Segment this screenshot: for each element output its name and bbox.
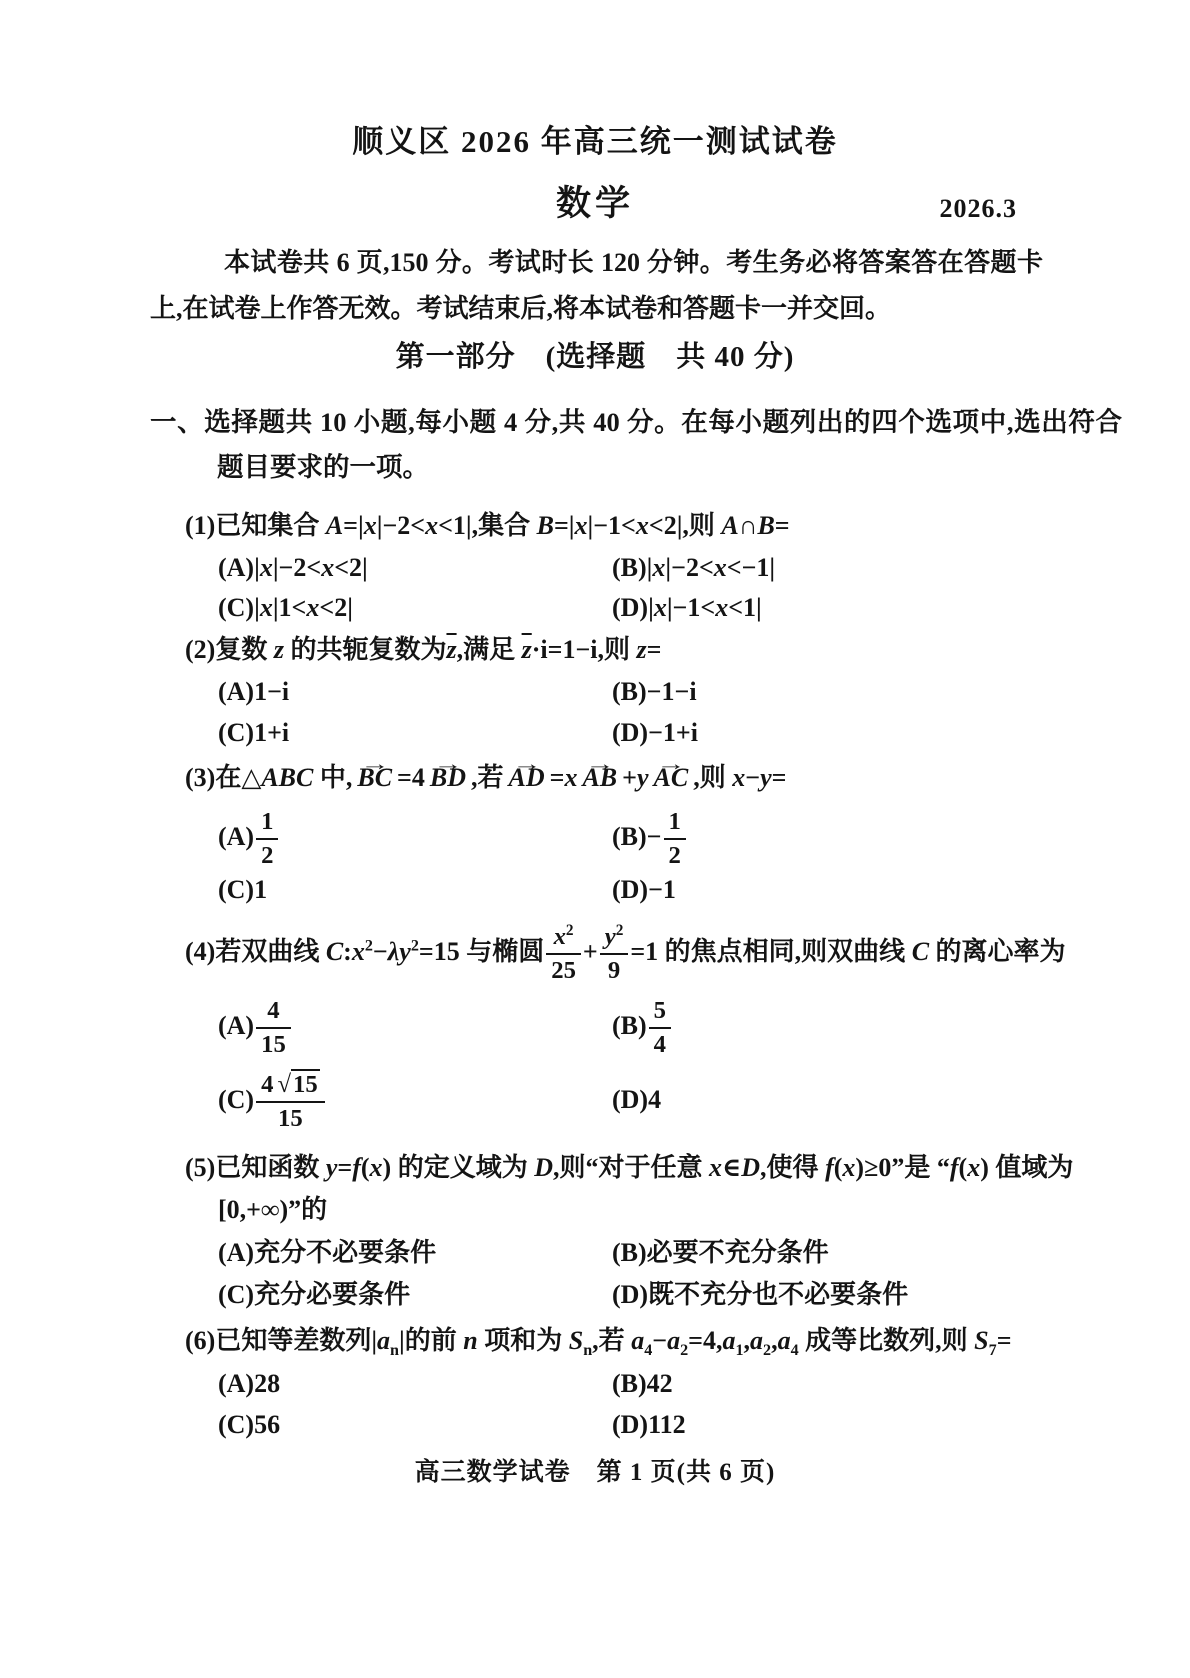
question-1: (1)已知集合 A=|x|−2<x<1|,集合 B=|x|−1<x<2|,则 A… bbox=[185, 506, 1050, 626]
question-stem: (3)在△ABC 中,BC=4BD,若AD=xAB+yAC,则 x−y= bbox=[185, 752, 1050, 804]
option-label: (C) bbox=[218, 875, 254, 904]
option-label: (D) bbox=[612, 1280, 648, 1309]
option-content: 充分必要条件 bbox=[254, 1280, 410, 1309]
question-4: (4)若双曲线 C:x2−λy2=15 与椭圆x225+y29=1 的焦点相同,… bbox=[185, 916, 1050, 1136]
option-label: (B) bbox=[612, 553, 647, 582]
option-row: (C)56(D)112 bbox=[185, 1402, 1050, 1444]
option-content: 12 bbox=[254, 822, 280, 851]
option-b: (B)54 bbox=[612, 990, 673, 1062]
option-label: (D) bbox=[612, 875, 648, 904]
option-label: (D) bbox=[612, 1410, 648, 1439]
option-label: (D) bbox=[612, 593, 648, 622]
option-label: (C) bbox=[218, 1280, 254, 1309]
option-d: (D)|x|−1<x<1| bbox=[612, 588, 762, 628]
option-content: 必要不充分条件 bbox=[647, 1238, 829, 1267]
option-row: (C)4√1515(D)4 bbox=[185, 1060, 1050, 1136]
option-content: 充分不必要条件 bbox=[254, 1238, 436, 1267]
option-content: 415 bbox=[254, 1011, 293, 1040]
question-stem: (2)复数 z 的共轭复数为z,满足 z·i=1−i,则 z= bbox=[185, 630, 1050, 670]
option-label: (A) bbox=[218, 677, 254, 706]
option-content: 1 bbox=[254, 875, 267, 904]
option-content: 既不充分也不必要条件 bbox=[648, 1280, 908, 1309]
option-content: −1−i bbox=[647, 677, 697, 706]
option-row: (A)12(B)−12 bbox=[185, 804, 1050, 866]
option-b: (B)|x|−2<x<−1| bbox=[612, 548, 775, 588]
option-d: (D)112 bbox=[612, 1404, 686, 1446]
question-5: (5)已知函数 y=f(x) 的定义域为 D,则“对于任意 x∈D,使得 f(x… bbox=[185, 1146, 1050, 1314]
option-label: (C) bbox=[218, 1085, 254, 1114]
option-a: (A)充分不必要条件 bbox=[218, 1232, 612, 1274]
option-a: (A)|x|−2<x<2| bbox=[218, 548, 612, 588]
section-instruction: 一、选择题共 10 小题,每小题 4 分,共 40 分。在每小题列出的四个选项中… bbox=[150, 400, 1122, 490]
question-stem: (6)已知等差数列|an|的前 n 项和为 Sn,若 a4−a2=4,a1,a2… bbox=[185, 1320, 1050, 1362]
option-row: (C)充分必要条件(D)既不充分也不必要条件 bbox=[185, 1272, 1050, 1314]
question-2: (2)复数 z 的共轭复数为z,满足 z·i=1−i,则 z= (A)1−i(B… bbox=[185, 630, 1050, 752]
option-label: (A) bbox=[218, 1011, 254, 1040]
option-a: (A)12 bbox=[218, 806, 612, 869]
option-d: (D)4 bbox=[612, 1062, 661, 1138]
option-a: (A)415 bbox=[218, 990, 612, 1062]
option-b: (B)−12 bbox=[612, 806, 688, 869]
question-3: (3)在△ABC 中,BC=4BD,若AD=xAB+yAC,则 x−y= (A)… bbox=[185, 752, 1050, 910]
option-content: 4 bbox=[648, 1085, 661, 1114]
page-footer: 高三数学试卷 第 1 页(共 6 页) bbox=[0, 1452, 1190, 1488]
option-content: 54 bbox=[647, 1011, 673, 1040]
option-label: (A) bbox=[218, 1238, 254, 1267]
option-content: 56 bbox=[254, 1410, 280, 1439]
option-label: (B) bbox=[612, 1369, 647, 1398]
option-row: (C)1+i(D)−1+i bbox=[185, 710, 1050, 752]
option-a: (A)28 bbox=[218, 1364, 612, 1404]
option-label: (B) bbox=[612, 1238, 647, 1267]
option-b: (B)42 bbox=[612, 1364, 673, 1404]
section-title: 第一部分 (选择题 共 40 分) bbox=[0, 334, 1190, 375]
option-content: 112 bbox=[648, 1410, 686, 1439]
option-a: (A)1−i bbox=[218, 672, 612, 712]
option-content: |x|−1<x<1| bbox=[648, 593, 762, 622]
option-b: (B)−1−i bbox=[612, 672, 697, 712]
option-b: (B)必要不充分条件 bbox=[612, 1232, 829, 1274]
option-content: 1−i bbox=[254, 677, 289, 706]
option-label: (C) bbox=[218, 1410, 254, 1439]
exam-instructions: 本试卷共 6 页,150 分。考试时长 120 分钟。考生务必将答案答在答题卡上… bbox=[150, 240, 1043, 332]
option-d: (D)既不充分也不必要条件 bbox=[612, 1274, 908, 1316]
option-label: (B) bbox=[612, 677, 647, 706]
option-c: (C)56 bbox=[218, 1404, 612, 1446]
option-label: (D) bbox=[612, 718, 648, 747]
option-label: (A) bbox=[218, 553, 254, 582]
option-content: |x|−2<x<−1| bbox=[647, 553, 775, 582]
option-label: (C) bbox=[218, 718, 254, 747]
option-content: 4√1515 bbox=[254, 1085, 327, 1114]
option-content: 42 bbox=[647, 1369, 673, 1398]
option-d: (D)−1 bbox=[612, 868, 676, 912]
exam-date: 2026.3 bbox=[940, 194, 1018, 224]
option-c: (C)4√1515 bbox=[218, 1062, 612, 1138]
option-label: (A) bbox=[218, 822, 254, 851]
question-stem: (4)若双曲线 C:x2−λy2=15 与椭圆x225+y29=1 的焦点相同,… bbox=[185, 916, 1050, 988]
option-content: 1+i bbox=[254, 718, 289, 747]
option-content: 28 bbox=[254, 1369, 280, 1398]
option-row: (C)|x|1<x<2|(D)|x|−1<x<1| bbox=[185, 586, 1050, 626]
option-row: (C)1(D)−1 bbox=[185, 866, 1050, 910]
option-c: (C)1+i bbox=[218, 712, 612, 754]
option-label: (A) bbox=[218, 1369, 254, 1398]
exam-paper-page: 顺义区 2026 年高三统一测试试卷 数学 2026.3 本试卷共 6 页,15… bbox=[0, 0, 1190, 1678]
option-row: (A)1−i(B)−1−i bbox=[185, 670, 1050, 710]
option-label: (D) bbox=[612, 1085, 648, 1114]
option-content: |x|1<x<2| bbox=[254, 593, 353, 622]
option-row: (A)415(B)54 bbox=[185, 988, 1050, 1060]
page-title: 顺义区 2026 年高三统一测试试卷 bbox=[0, 116, 1190, 161]
option-content: |x|−2<x<2| bbox=[254, 553, 368, 582]
option-content: −12 bbox=[647, 822, 688, 851]
option-c: (C)充分必要条件 bbox=[218, 1274, 612, 1316]
question-stem: (5)已知函数 y=f(x) 的定义域为 D,则“对于任意 x∈D,使得 f(x… bbox=[185, 1146, 1050, 1190]
option-c: (C)|x|1<x<2| bbox=[218, 588, 612, 628]
question-6: (6)已知等差数列|an|的前 n 项和为 Sn,若 a4−a2=4,a1,a2… bbox=[185, 1320, 1050, 1444]
option-row: (A)充分不必要条件(B)必要不充分条件 bbox=[185, 1230, 1050, 1272]
option-c: (C)1 bbox=[218, 868, 612, 912]
option-content: −1 bbox=[648, 875, 676, 904]
question-stem-line2: [0,+∞)”的 bbox=[185, 1190, 1050, 1230]
option-row: (A)|x|−2<x<2|(B)|x|−2<x<−1| bbox=[185, 546, 1050, 586]
option-label: (C) bbox=[218, 593, 254, 622]
option-label: (B) bbox=[612, 822, 647, 851]
question-stem: (1)已知集合 A=|x|−2<x<1|,集合 B=|x|−1<x<2|,则 A… bbox=[185, 506, 1050, 546]
option-label: (B) bbox=[612, 1011, 647, 1040]
option-row: (A)28(B)42 bbox=[185, 1362, 1050, 1402]
